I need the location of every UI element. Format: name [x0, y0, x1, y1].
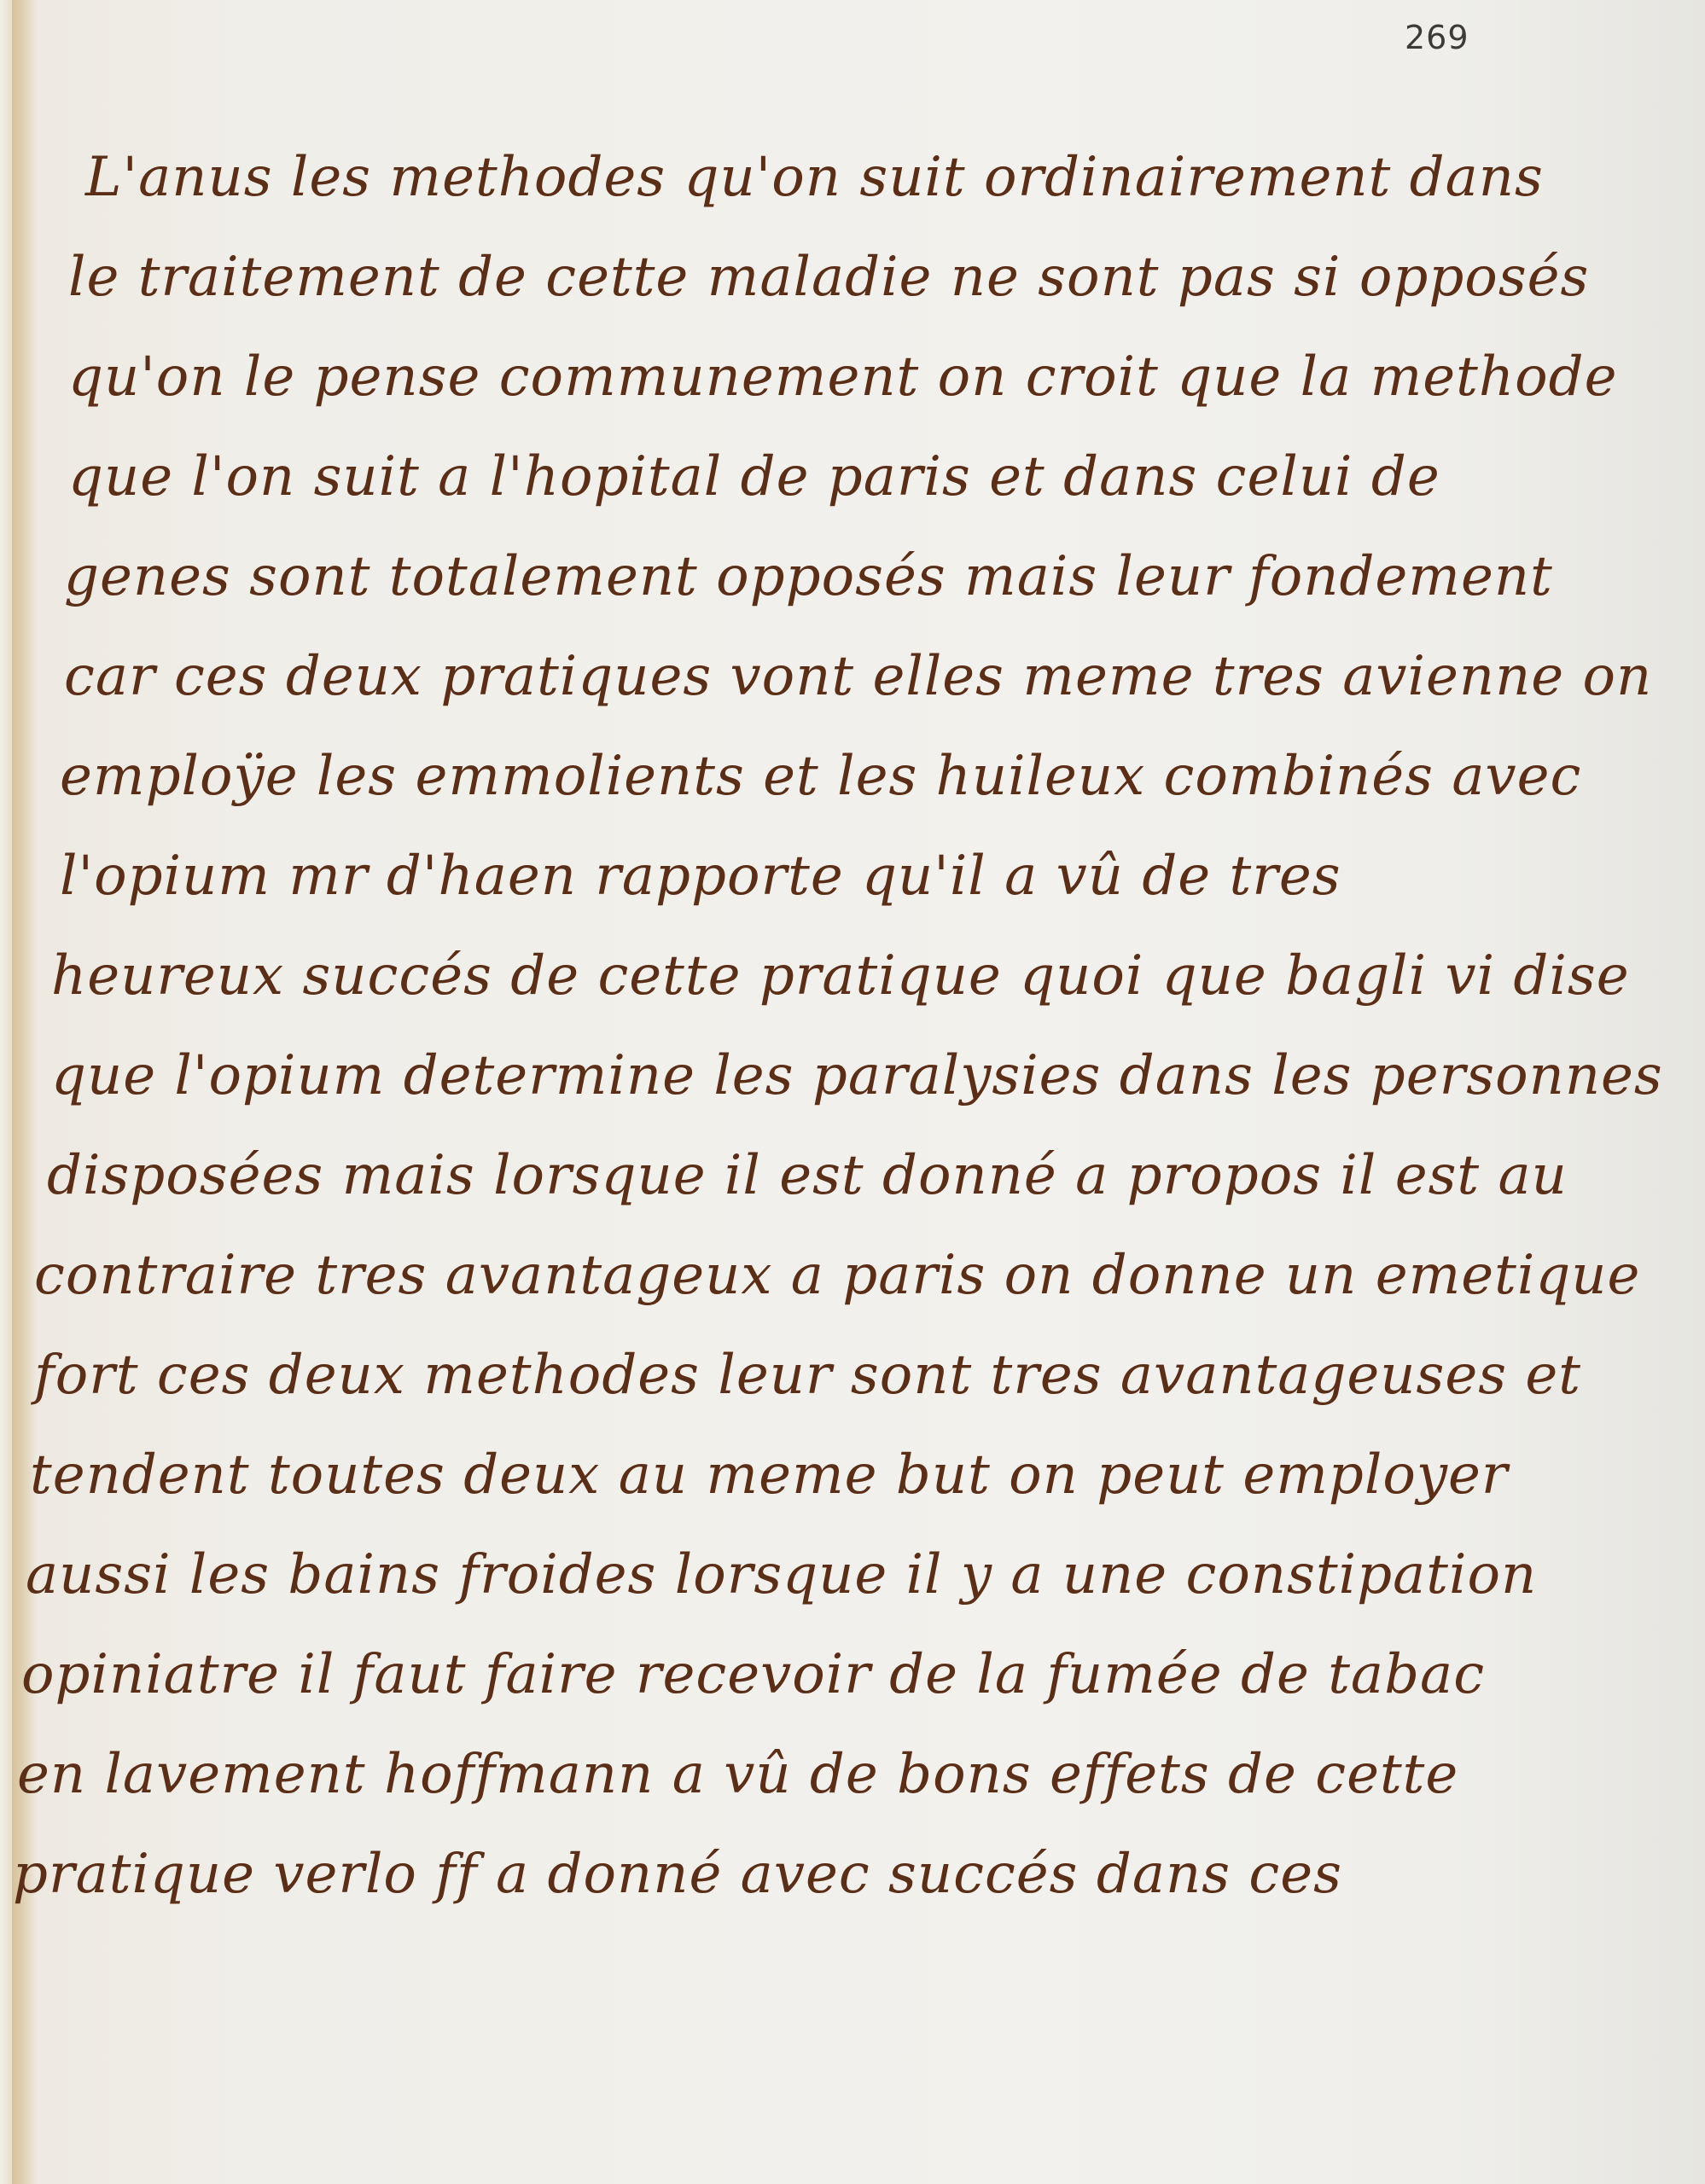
manuscript-line: emploÿe les emmolients et les huileux co… [60, 727, 1570, 827]
manuscript-line: qu'on le pense communement on croit que … [68, 328, 1570, 427]
manuscript-line: que l'on suit a l'hopital de paris et da… [68, 427, 1570, 527]
page-number: 269 [1405, 19, 1469, 56]
manuscript-line: L'anus les methodes qu'on suit ordinaire… [85, 128, 1570, 228]
manuscript-line: fort ces deux methodes leur sont tres av… [34, 1326, 1570, 1426]
manuscript-line: aussi les bains froides lorsque il y a u… [26, 1525, 1570, 1625]
manuscript-line: genes sont totalement opposés mais leur … [64, 527, 1570, 627]
facing-page-handwriting-fragment: partial handwriting from facing page vis… [0, 34, 12, 647]
manuscript-line: que l'opium determine les paralysies dan… [51, 1026, 1570, 1126]
manuscript-line: pratique verlo ff a donné avec succés da… [13, 1825, 1570, 1925]
manuscript-page-photo: partial handwriting from facing page vis… [0, 0, 1705, 2184]
manuscript-line: opiniatre il faut faire recevoir de la f… [21, 1625, 1570, 1725]
manuscript-line: le traitement de cette maladie ne sont p… [68, 228, 1570, 328]
manuscript-line: car ces deux pratiques vont elles meme t… [64, 627, 1570, 727]
manuscript-line: tendent toutes deux au meme but on peut … [30, 1426, 1570, 1525]
manuscript-line: contraire tres avantageux a paris on don… [34, 1226, 1570, 1326]
manuscript-text-block: L'anus les methodes qu'on suit ordinaire… [34, 128, 1570, 1925]
manuscript-line: disposées mais lorsque il est donné a pr… [47, 1126, 1570, 1226]
manuscript-line: heureux succés de cette pratique quoi qu… [51, 926, 1570, 1026]
manuscript-line: en lavement hoffmann a vû de bons effets… [17, 1725, 1570, 1825]
manuscript-line: l'opium mr d'haen rapporte qu'il a vû de… [60, 827, 1570, 926]
